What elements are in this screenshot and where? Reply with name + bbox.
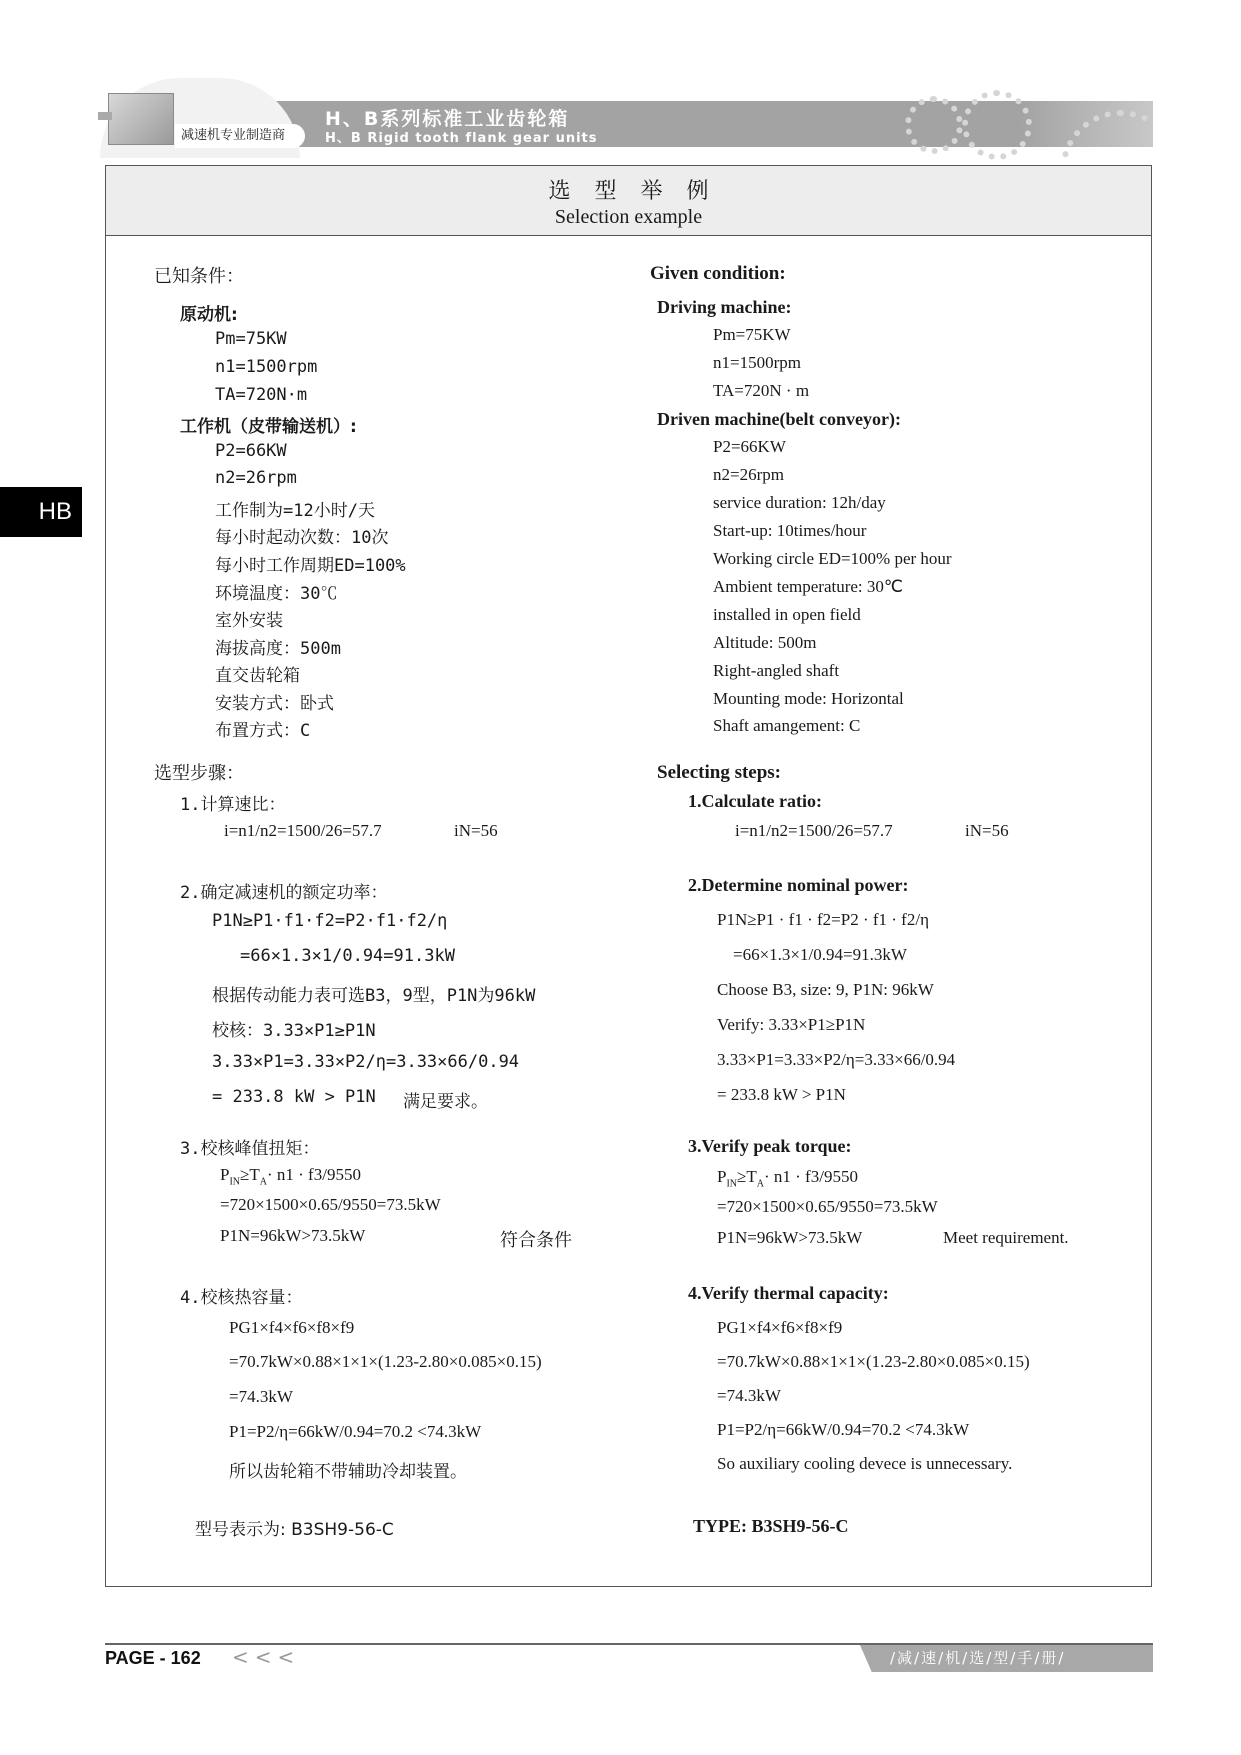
given-line: Working circle ED=100% per hour [713, 549, 952, 569]
given-line: Ambient temperature: 30℃ [713, 577, 903, 597]
gearbox-shaft [98, 112, 112, 120]
given-line: P2=66KW [215, 441, 287, 461]
step4-line: PG1×f4×f6×f8×f9 [717, 1318, 842, 1338]
driven-heading-cn: 工作机（皮带输送机）: [180, 412, 357, 437]
step3-title-en: 3.Verify peak torque: [688, 1136, 852, 1157]
given-line: n2=26rpm [215, 468, 297, 488]
driving-heading-cn: 原动机: [180, 300, 238, 325]
manufacturer-badge: 减速机专业制造商 [175, 124, 305, 148]
step2-line: = 233.8 kW > P1N [717, 1085, 846, 1105]
type-designation-en: TYPE: B3SH9-56-C [693, 1516, 849, 1537]
given-line: Mounting mode: Horizontal [713, 689, 904, 709]
step3-p-sub: IN [229, 1176, 240, 1187]
step2-line: =66×1.3×1/0.94=91.3kW [733, 945, 907, 965]
step4-line: =74.3kW [717, 1386, 781, 1406]
step3-p-sub: IN [726, 1178, 737, 1189]
page-number: PAGE - 162 [105, 1648, 201, 1669]
step3-t: ≥T [240, 1165, 260, 1184]
step3-line1: PIN≥TA· n1 · f3/9550 [717, 1167, 858, 1189]
chevrons-left-icon: <<< [232, 1645, 300, 1669]
step1-formula: i=n1/n2=1500/26=57.7 [735, 821, 893, 841]
header-title-en: H、B Rigid tooth flank gear units [325, 127, 598, 146]
given-line: 每小时工作周期ED=100% [215, 551, 406, 576]
given-line: 每小时起动次数：10次 [215, 523, 388, 548]
step2-title-cn: 2.确定减速机的额定功率： [180, 878, 387, 903]
step3-line2: =720×1500×0.65/9550=73.5kW [220, 1195, 441, 1215]
given-line: Altitude: 500m [713, 633, 816, 653]
given-line: n2=26rpm [713, 465, 784, 485]
step3-line1: PIN≥TA· n1 · f3/9550 [220, 1165, 361, 1187]
given-line: n1=1500rpm [215, 357, 317, 377]
step1-in: iN=56 [965, 821, 1009, 841]
given-line: n1=1500rpm [713, 353, 801, 373]
section-title-en: Selection example [106, 206, 1151, 229]
side-tab-hb[interactable]: HB [0, 487, 82, 537]
given-line: 室外安装 [215, 606, 283, 631]
given-line: installed in open field [713, 605, 861, 625]
step1-title-cn: 1.计算速比： [180, 790, 285, 815]
manual-title: /减/速/机/选/型/手/册/ [890, 1647, 1065, 1668]
step3-t-sub: A [757, 1178, 764, 1189]
content-frame [105, 165, 1152, 1587]
step3-t-sub: A [260, 1176, 267, 1187]
given-line: Start-up: 10times/hour [713, 521, 866, 541]
step2-title-en: 2.Determine nominal power: [688, 875, 908, 896]
given-line: Shaft amangement: C [713, 716, 860, 736]
given-line: TA=720N · m [713, 381, 809, 401]
step2-line: =66×1.3×1/0.94=91.3kW [240, 946, 455, 966]
given-line: TA=720N·m [215, 385, 307, 405]
step1-formula: i=n1/n2=1500/26=57.7 [224, 821, 382, 841]
step4-title-cn: 4.校核热容量： [180, 1283, 302, 1308]
type-designation-cn: 型号表示为: B3SH9-56-C [195, 1515, 394, 1540]
driving-heading-en: Driving machine: [657, 297, 792, 318]
given-line: 海拔高度：500m [215, 634, 341, 659]
given-line: Pm=75KW [713, 325, 791, 345]
step3-ok-cn: 符合条件 [500, 1226, 572, 1252]
step2-line: P1N≥P1·f1·f2=P2·f1·f2/η [212, 911, 447, 931]
step2-line: Verify: 3.33×P1≥P1N [717, 1015, 865, 1035]
given-line: 工作制为=12小时/天 [215, 496, 375, 521]
step2-line: = 233.8 kW > P1N [212, 1087, 376, 1107]
given-line: 直交齿轮箱 [215, 661, 300, 686]
step1-title-en: 1.Calculate ratio: [688, 791, 822, 812]
given-line: 安装方式：卧式 [215, 689, 334, 714]
step2-line: 3.33×P1=3.33×P2/η=3.33×66/0.94 [717, 1050, 955, 1070]
step2-line: Choose B3, size: 9, P1N: 96kW [717, 980, 934, 1000]
step2-line: 根据传动能力表可选B3，9型，P1N为96kW [212, 981, 535, 1006]
step2-line: P1N≥P1 · f1 · f2=P2 · f1 · f2/η [717, 910, 929, 930]
driven-heading-en: Driven machine(belt conveyor): [657, 409, 901, 430]
given-line: 环境温度：30℃ [215, 579, 337, 604]
gear-decoration-icon [905, 96, 963, 154]
given-heading-en: Given condition: [650, 263, 786, 285]
step4-conclusion-cn: 所以齿轮箱不带辅助冷却装置。 [229, 1457, 467, 1482]
step4-line: =70.7kW×0.88×1×1×(1.23-2.80×0.085×0.15) [229, 1352, 542, 1372]
gear-decoration-icon [962, 90, 1032, 160]
steps-heading-cn: 选型步骤： [154, 759, 244, 785]
step1-in: iN=56 [454, 821, 498, 841]
step4-line: PG1×f4×f6×f8×f9 [229, 1318, 354, 1338]
step3-t: ≥T [737, 1167, 757, 1186]
given-line: Pm=75KW [215, 329, 287, 349]
gearbox-image [108, 93, 174, 145]
step2-line: 校核：3.33×P1≥P1N [212, 1016, 376, 1041]
step3-line3: P1N=96kW>73.5kW [717, 1228, 862, 1248]
section-title-cn: 选型举例 [106, 174, 1151, 205]
step4-conclusion-en: So auxiliary cooling devece is unnecessa… [717, 1454, 1012, 1474]
given-line: P2=66KW [713, 437, 786, 457]
steps-heading-en: Selecting steps: [657, 762, 781, 784]
step3-line2: =720×1500×0.65/9550=73.5kW [717, 1197, 938, 1217]
step2-line: 3.33×P1=3.33×P2/η=3.33×66/0.94 [212, 1052, 519, 1072]
step3-title-cn: 3.校核峰值扭矩： [180, 1134, 319, 1159]
step4-line: =74.3kW [229, 1387, 293, 1407]
step4-line: P1=P2/η=66kW/0.94=70.2 <74.3kW [717, 1420, 969, 1440]
given-line: 布置方式：C [215, 716, 310, 741]
section-title-band: 选型举例 Selection example [106, 166, 1151, 236]
step2-ok-cn: 满足要求。 [403, 1087, 488, 1112]
step4-line: P1=P2/η=66kW/0.94=70.2 <74.3kW [229, 1422, 481, 1442]
given-line: service duration: 12h/day [713, 493, 886, 513]
step4-title-en: 4.Verify thermal capacity: [688, 1283, 889, 1304]
given-line: Right-angled shaft [713, 661, 839, 681]
step3-rest: · n1 · f3/9550 [764, 1167, 858, 1186]
step3-ok-en: Meet requirement. [943, 1228, 1069, 1248]
step4-line: =70.7kW×0.88×1×1×(1.23-2.80×0.085×0.15) [717, 1352, 1030, 1372]
step3-line3: P1N=96kW>73.5kW [220, 1226, 365, 1246]
step3-rest: · n1 · f3/9550 [267, 1165, 361, 1184]
given-heading-cn: 已知条件： [154, 262, 244, 288]
